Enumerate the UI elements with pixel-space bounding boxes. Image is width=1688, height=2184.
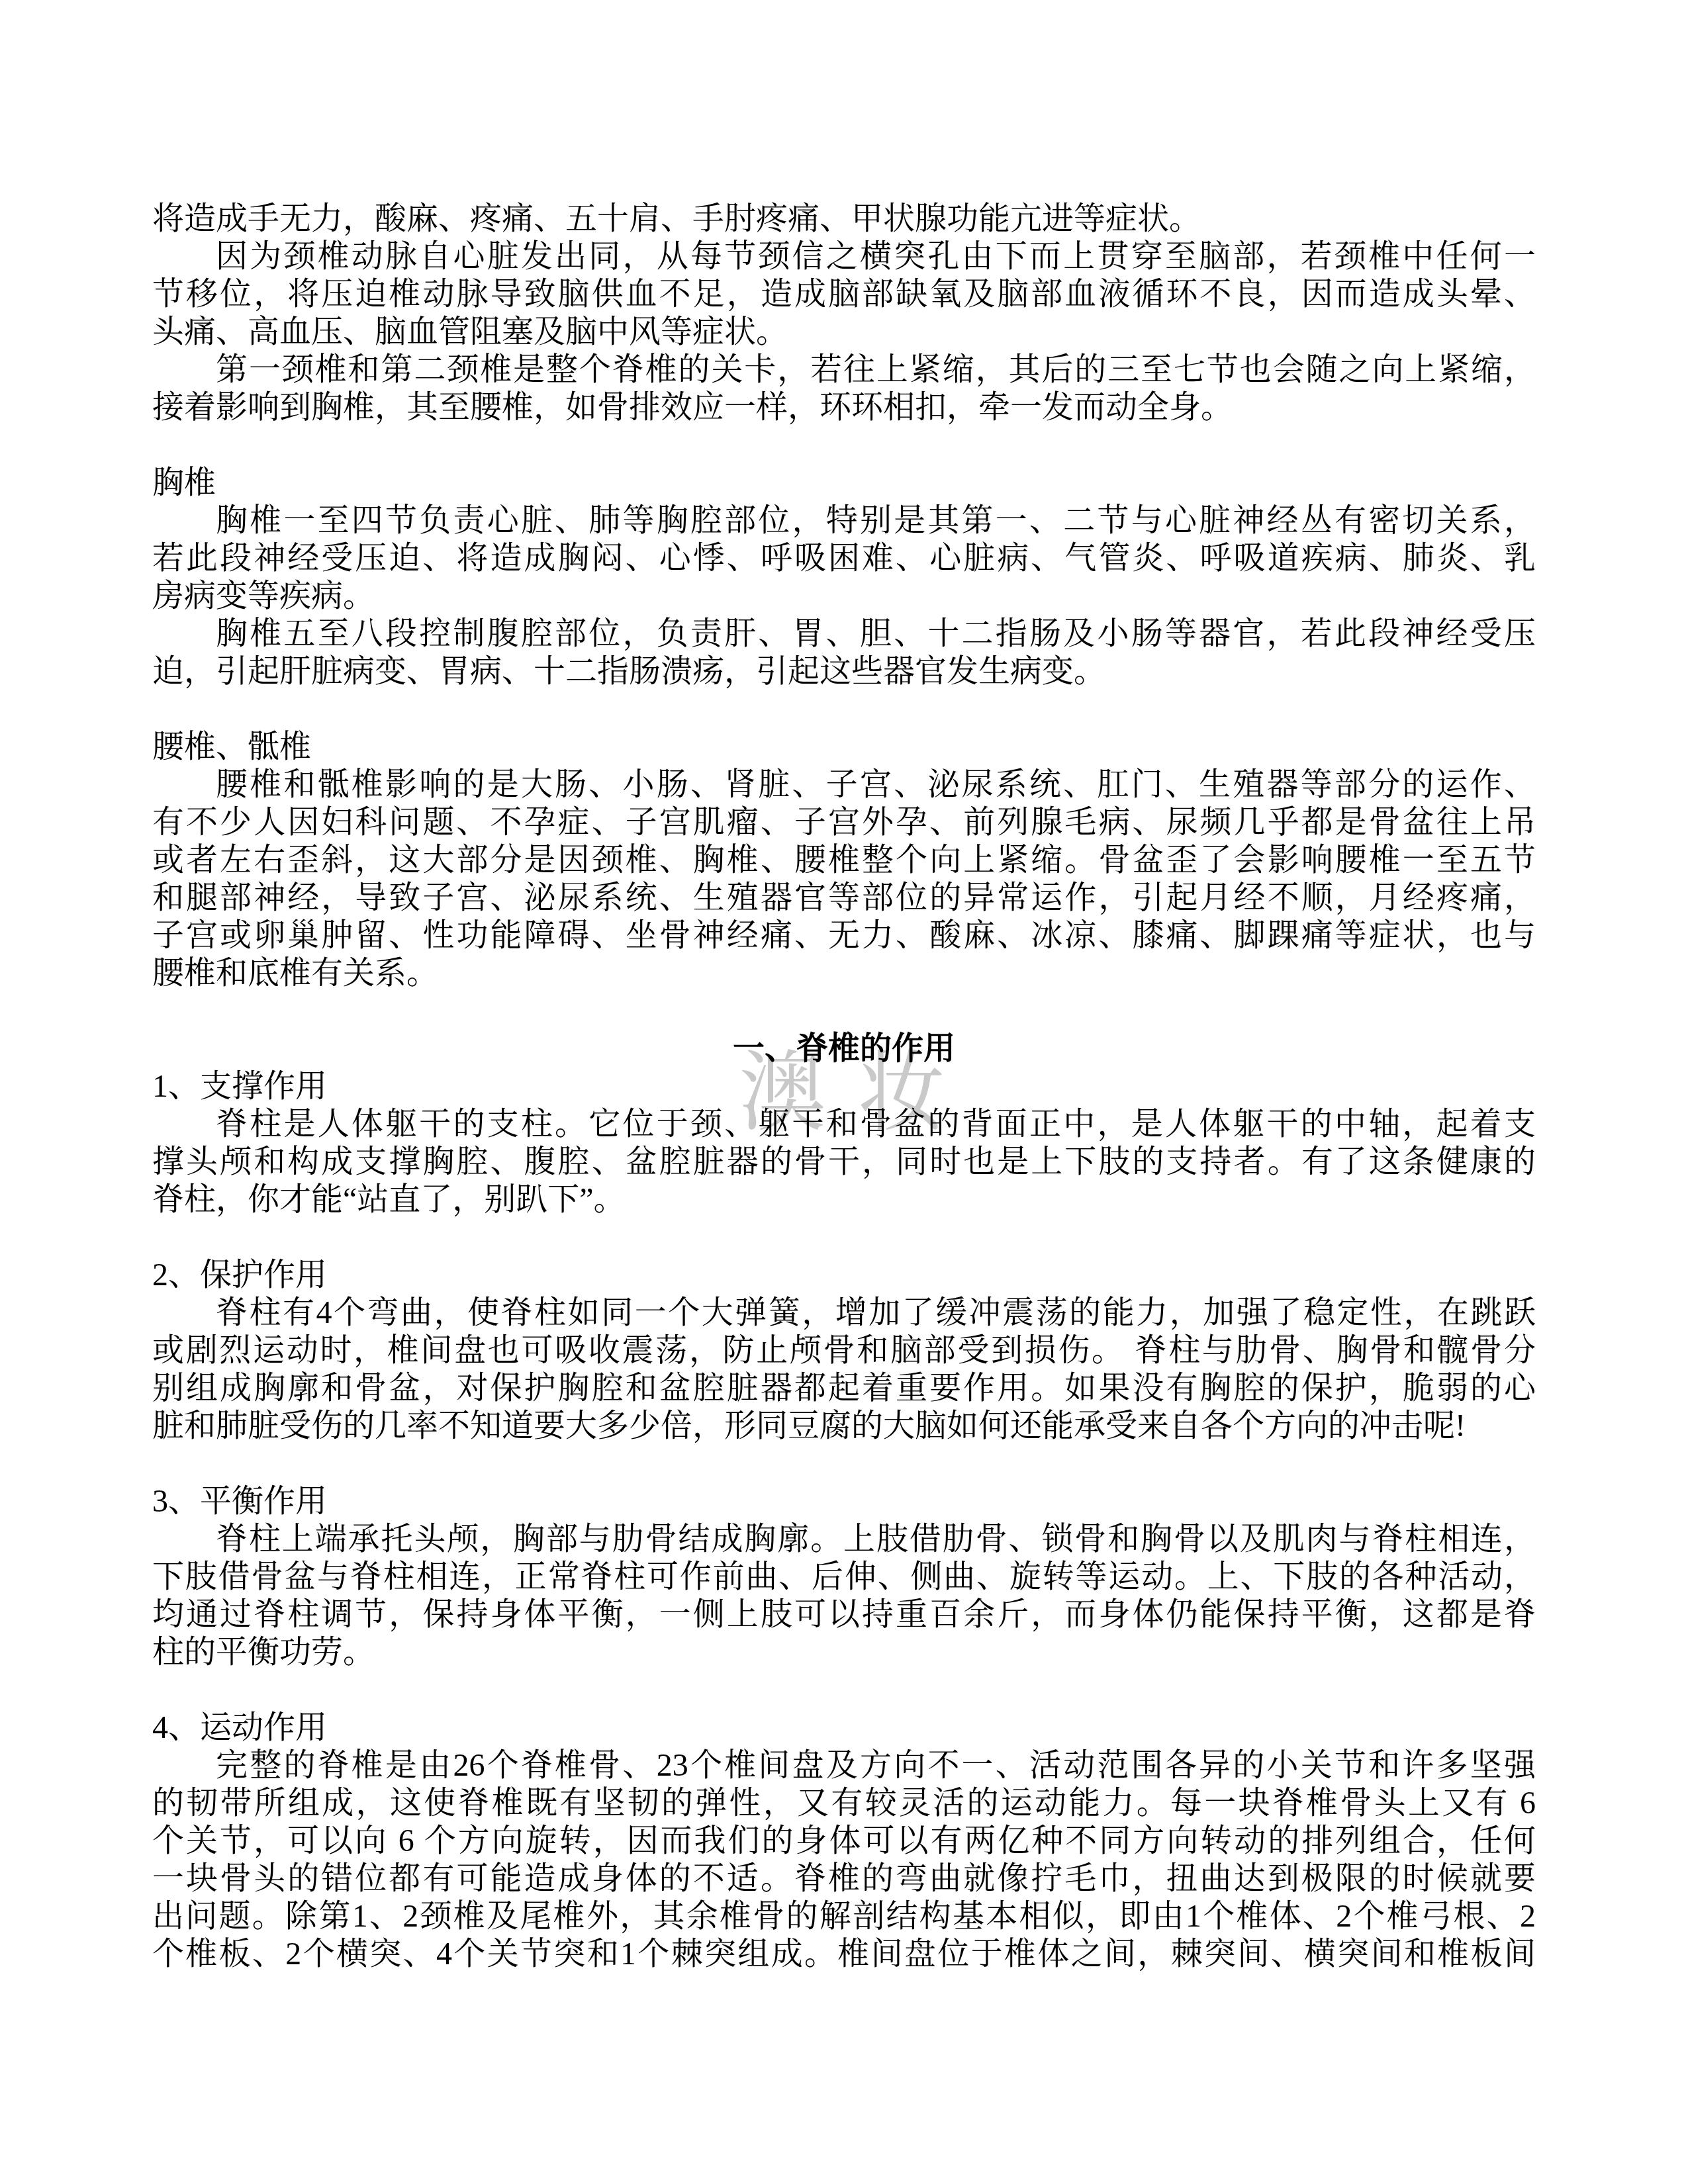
blank-line [152, 992, 1536, 1030]
blank-line [152, 690, 1536, 728]
blank-line [152, 1671, 1536, 1709]
blank-line [152, 426, 1536, 464]
text-line: 和腿部神经，导致子宫、泌尿系统、生殖器官等部位的异常运作，引起月经不顺，月经疼痛… [152, 879, 1536, 917]
text-line: 腰椎和骶椎影响的是大肠、小肠、肾脏、子宫、泌尿系统、肛门、生殖器等部分的运作、 [152, 766, 1536, 803]
section-heading: 3、平衡作用 [152, 1482, 1536, 1520]
text-line: 的韧带所组成，这使脊椎既有坚韧的弹性，又有较灵活的运动能力。每一块脊椎骨头上又有… [152, 1784, 1536, 1822]
text-line: 脏和肺脏受伤的几率不知道要大多少倍，形同豆腐的大脑如何还能承受来自各个方向的冲击… [152, 1407, 1536, 1445]
text-line: 节移位，将压迫椎动脉导致脑供血不足，造成脑部缺氧及脑部血液循环不良，因而造成头晕… [152, 275, 1536, 313]
text-line: 脊柱有4个弯曲，使脊柱如同一个大弹簧，增加了缓冲震荡的能力，加强了稳定性，在跳跃 [152, 1294, 1536, 1332]
section-heading: 4、运动作用 [152, 1709, 1536, 1747]
blank-line [152, 1218, 1536, 1256]
text-line: 迫，引起肝脏病变、胃病、十二指肠溃疡，引起这些器官发生病变。 [152, 653, 1536, 690]
text-line: 子宫或卵巢肿留、性功能障碍、坐骨神经痛、无力、酸麻、冰凉、膝痛、脚踝痛等症状，也… [152, 917, 1536, 954]
text-line: 个椎板、2个横突、4个关节突和1个棘突组成。椎间盘位于椎体之间，棘突间、横突间和… [152, 1935, 1536, 1973]
text-line: 有不少人因妇科问题、不孕症、子宫肌瘤、子宫外孕、前列腺毛病、尿频几乎都是骨盆往上… [152, 803, 1536, 841]
text-line: 腰椎和底椎有关系。 [152, 954, 1536, 992]
section-heading: 2、保护作用 [152, 1256, 1536, 1294]
text-line: 完整的脊椎是由26个脊椎骨、23个椎间盘及方向不一、活动范围各异的小关节和许多坚… [152, 1747, 1536, 1784]
page-title: 一、脊椎的作用 [152, 1030, 1536, 1068]
text-line: 下肢借骨盆与脊柱相连，正常脊柱可作前曲、后伸、侧曲、旋转等运动。上、下肢的各种活… [152, 1558, 1536, 1596]
text-line: 均通过脊柱调节，保持身体平衡，一侧上肢可以持重百余斤，而身体仍能保持平衡，这都是… [152, 1596, 1536, 1633]
text-line: 脊柱，你才能“站直了，别趴下”。 [152, 1181, 1536, 1218]
text-line: 房病变等疾病。 [152, 577, 1536, 615]
document-page: 将造成手无力，酸麻、疼痛、五十肩、手肘疼痛、甲状腺功能亢进等症状。因为颈椎动脉自… [152, 200, 1536, 1973]
section-heading: 胸椎 [152, 464, 1536, 502]
text-line: 若此段神经受压迫、将造成胸闷、心悸、呼吸困难、心脏病、气管炎、呼吸道疾病、肺炎、… [152, 539, 1536, 577]
text-line: 接着影响到胸椎，其至腰椎，如骨排效应一样，环环相扣，牵一发而动全身。 [152, 388, 1536, 426]
text-line: 出问题。除第1、2颈椎及尾椎外，其余椎骨的解剖结构基本相似，即由1个椎体、2个椎… [152, 1897, 1536, 1935]
text-line: 头痛、高血压、脑血管阻塞及脑中风等症状。 [152, 313, 1536, 351]
text-line: 因为颈椎动脉自心脏发出同，从每节颈信之横突孔由下而上贯穿至脑部，若颈椎中任何一 [152, 238, 1536, 275]
section-heading: 1、支撑作用 [152, 1068, 1536, 1105]
text-line: 脊柱上端承托头颅，胸部与肋骨结成胸廓。上肢借肋骨、锁骨和胸骨以及肌肉与脊柱相连， [152, 1520, 1536, 1558]
text-line: 别组成胸廓和骨盆，对保护胸腔和盆腔脏器都起着重要作用。如果没有胸腔的保护，脆弱的… [152, 1369, 1536, 1407]
text-line: 胸椎一至四节负责心脏、肺等胸腔部位，特别是其第一、二节与心脏神经丛有密切关系， [152, 502, 1536, 539]
section-heading: 腰椎、骶椎 [152, 728, 1536, 766]
text-line: 柱的平衡功劳。 [152, 1633, 1536, 1671]
text-line: 胸椎五至八段控制腹腔部位，负责肝、胃、胆、十二指肠及小肠等器官，若此段神经受压 [152, 615, 1536, 653]
text-line: 撑头颅和构成支撑胸腔、腹腔、盆腔脏器的骨干，同时也是上下肢的支持者。有了这条健康… [152, 1143, 1536, 1181]
blank-line [152, 1445, 1536, 1482]
text-line: 或者左右歪斜，这大部分是因颈椎、胸椎、腰椎整个向上紧缩。骨盆歪了会影响腰椎一至五… [152, 841, 1536, 879]
text-line: 一块骨头的错位都有可能造成身体的不适。脊椎的弯曲就像拧毛巾，扭曲达到极限的时候就… [152, 1860, 1536, 1897]
text-line: 个关节，可以向 6 个方向旋转，因而我们的身体可以有两亿种不同方向转动的排列组合… [152, 1822, 1536, 1860]
text-line: 脊柱是人体躯干的支柱。它位于颈、躯干和骨盆的背面正中，是人体躯干的中轴，起着支 [152, 1105, 1536, 1143]
text-line: 将造成手无力，酸麻、疼痛、五十肩、手肘疼痛、甲状腺功能亢进等症状。 [152, 200, 1536, 238]
text-line: 或剧烈运动时，椎间盘也可吸收震荡，防止颅骨和脑部受到损伤。 脊柱与肋骨、胸骨和髋… [152, 1332, 1536, 1369]
text-line: 第一颈椎和第二颈椎是整个脊椎的关卡，若往上紧缩，其后的三至七节也会随之向上紧缩， [152, 351, 1536, 388]
